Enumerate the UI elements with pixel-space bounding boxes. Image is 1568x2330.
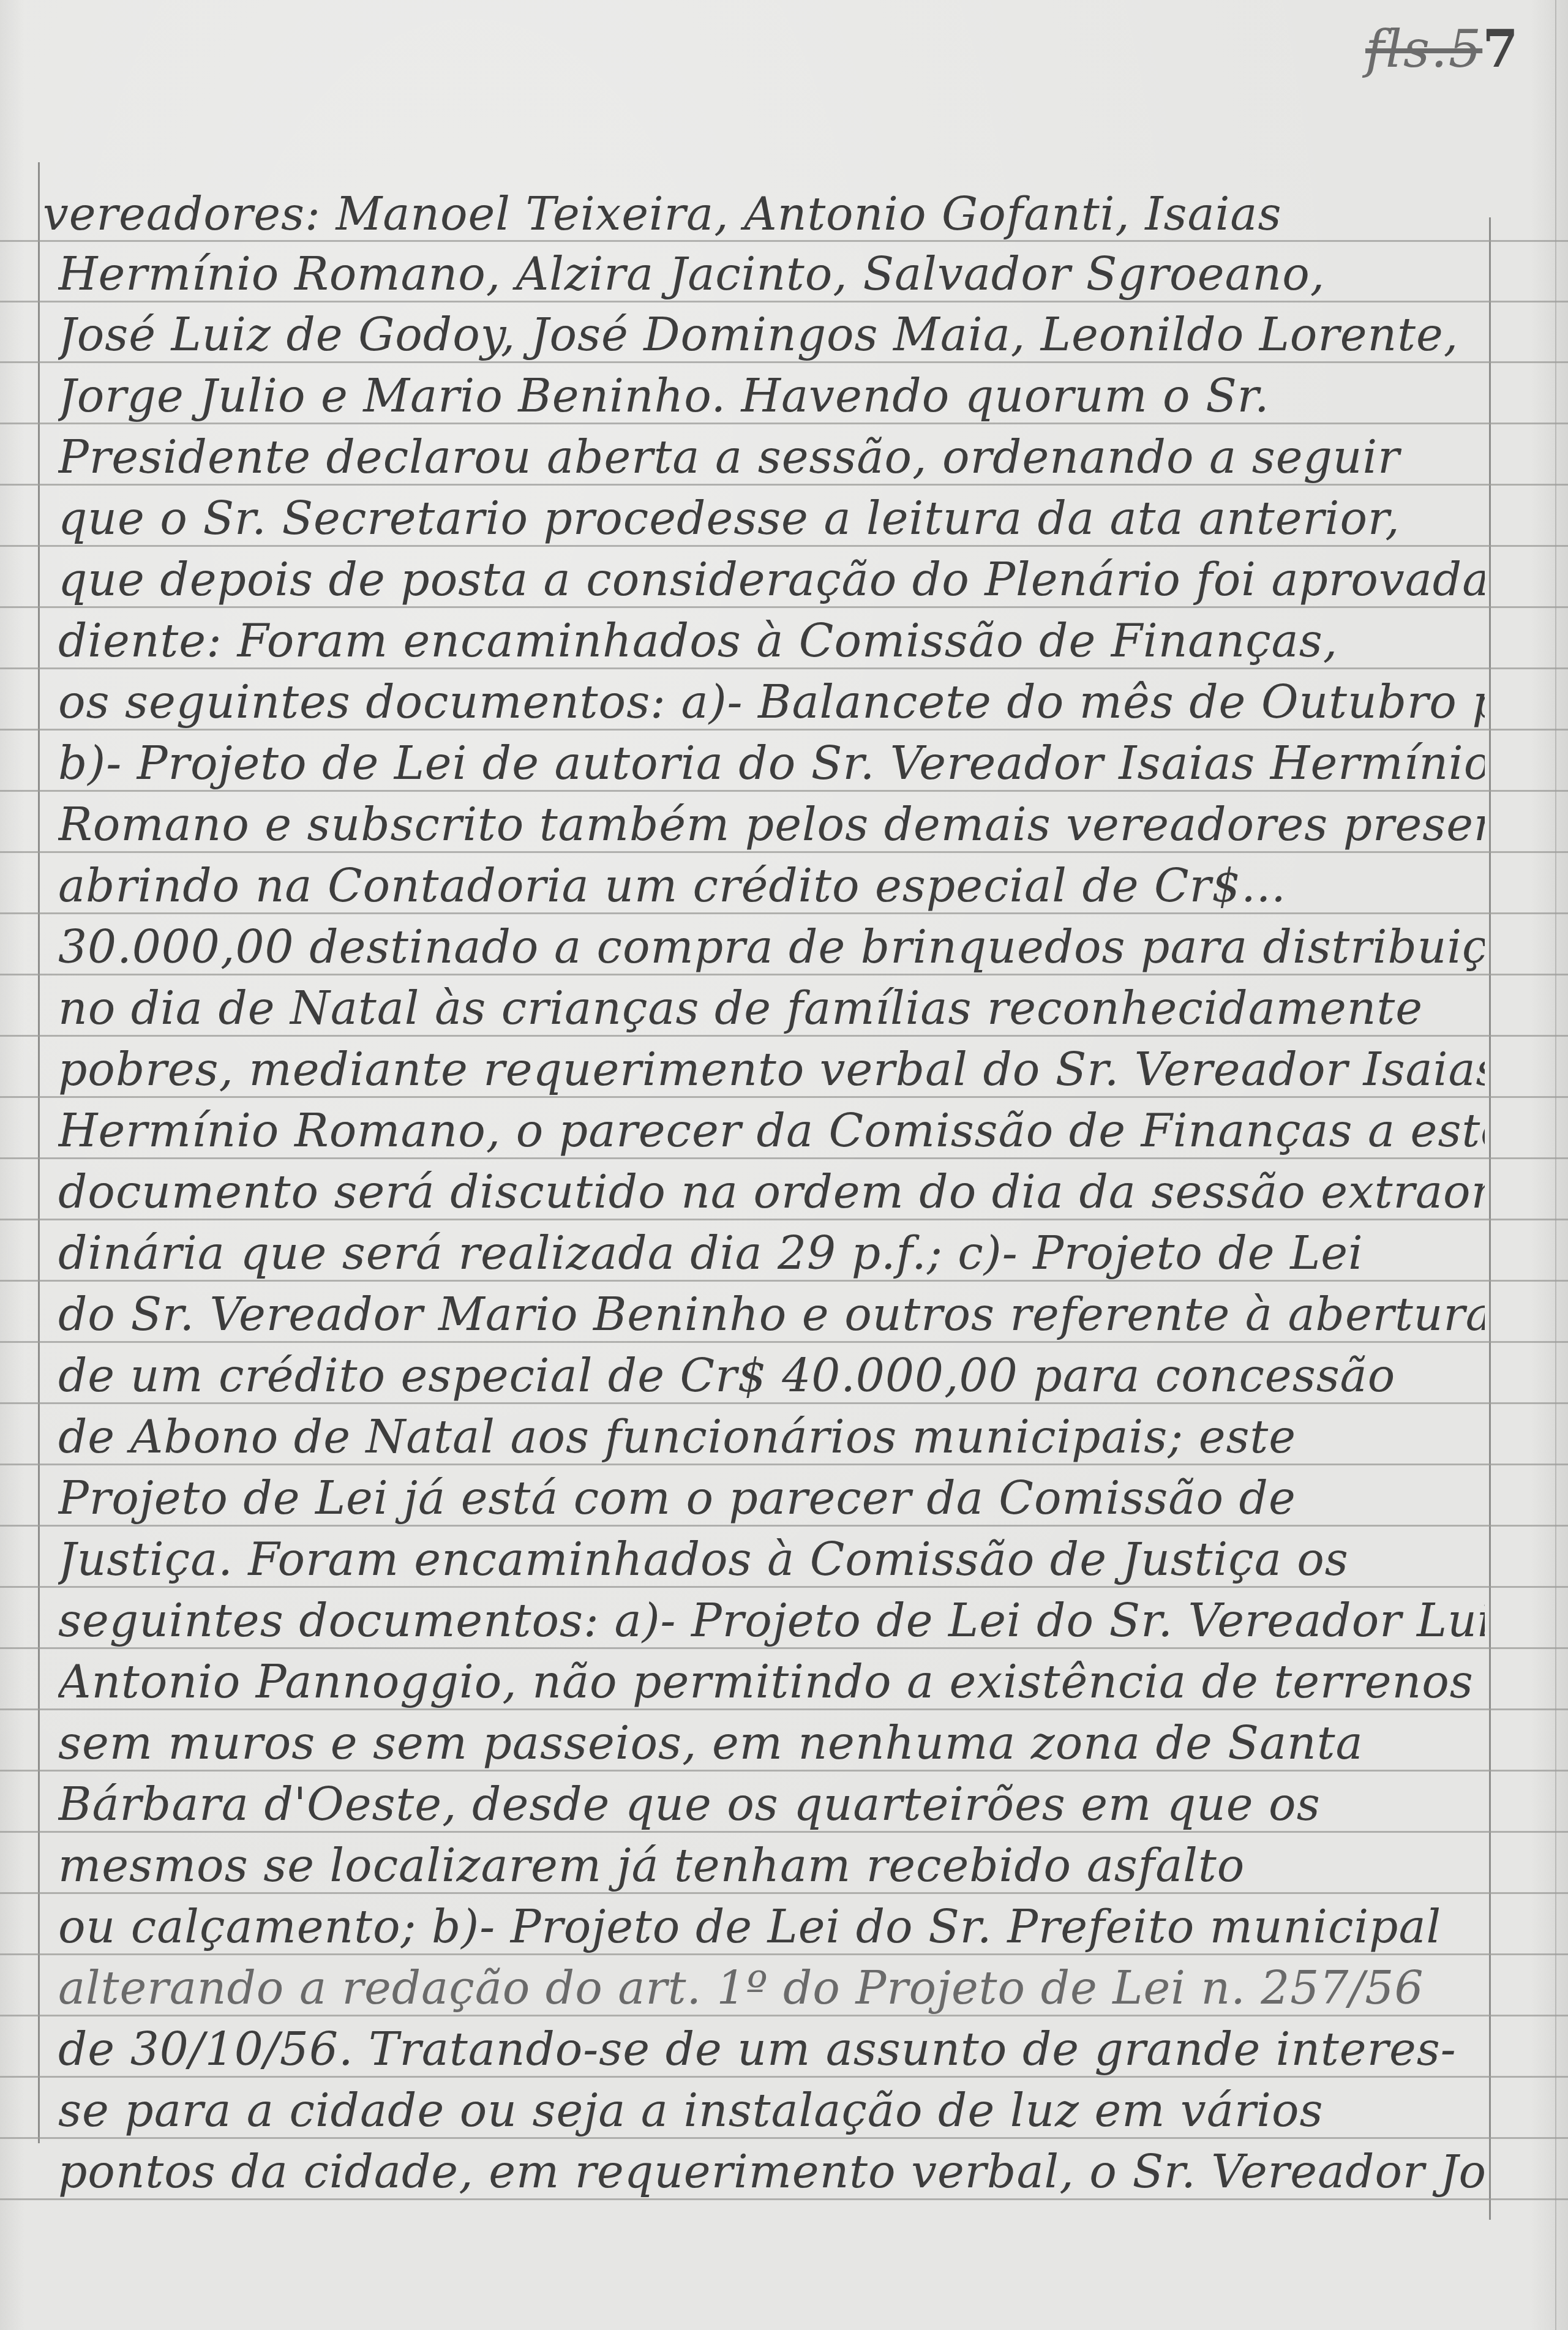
text-line: pontos da cidade, em requerimento verbal… [58, 2144, 1485, 2200]
text-line: de um crédito especial de Cr$ 40.000,00 … [58, 1348, 1485, 1404]
text-line: que depois de posta a consideração do Pl… [58, 552, 1485, 607]
text-line: vereadores: Manoel Teixeira, Antonio Gof… [43, 187, 1469, 242]
text-line: os seguintes documentos: a)- Balancete d… [58, 675, 1485, 730]
page-number-digit: 7 [1482, 18, 1519, 79]
document-page: fls.57 vereadores: Manoel Teixeira, Anto… [0, 0, 1568, 2330]
text-line: alterando a redação do art. 1º do Projet… [58, 1961, 1485, 2016]
text-line: José Luiz de Godoy, José Domingos Maia, … [58, 307, 1485, 363]
text-line: Hermínio Romano, Alzira Jacinto, Salvado… [58, 247, 1485, 302]
text-line: b)- Projeto de Lei de autoria do Sr. Ver… [58, 736, 1485, 791]
text-line: dinária que será realizada dia 29 p.f.; … [58, 1226, 1485, 1281]
text-line: abrindo na Contadoria um crédito especia… [58, 859, 1485, 914]
text-line: Bárbara d'Oeste, desde que os quarteirõe… [58, 1777, 1485, 1832]
text-line: Jorge Julio e Mario Beninho. Havendo quo… [58, 369, 1485, 424]
text-line: se para a cidade ou seja a instalação de… [58, 2083, 1485, 2138]
text-line: do Sr. Vereador Mario Beninho e outros r… [58, 1287, 1485, 1342]
text-line: Romano e subscrito também pelos demais v… [58, 797, 1485, 852]
text-line: documento será discutido na ordem do dia… [58, 1165, 1485, 1220]
text-line: no dia de Natal às crianças de famílias … [58, 981, 1485, 1036]
page-number-mark: fls.57 [1365, 18, 1520, 79]
text-line: diente: Foram encaminhados à Comissão de… [58, 614, 1485, 669]
text-line: 30.000,00 destinado a compra de brinqued… [58, 920, 1485, 975]
left-margin-line [38, 162, 40, 2143]
text-line: ou calçamento; b)- Projeto de Lei do Sr.… [58, 1900, 1485, 1955]
text-line: de 30/10/56. Tratando-se de um assunto d… [58, 2022, 1485, 2077]
page-edge [1555, 0, 1556, 2330]
page-number-scribble: fls.5 [1365, 19, 1482, 79]
text-line: que o Sr. Secretario procedesse a leitur… [58, 491, 1485, 546]
text-line: Projeto de Lei já está com o parecer da … [58, 1471, 1485, 1526]
text-line: Antonio Pannoggio, não permitindo a exis… [58, 1655, 1485, 1710]
text-line: sem muros e sem passeios, em nenhuma zon… [58, 1716, 1485, 1771]
text-line: Justiça. Foram encaminhados à Comissão d… [58, 1532, 1485, 1587]
text-line: Hermínio Romano, o parecer da Comissão d… [58, 1103, 1485, 1159]
text-line: de Abono de Natal aos funcionários munic… [58, 1410, 1485, 1465]
text-line: Presidente declarou aberta a sessão, ord… [58, 430, 1485, 485]
text-line: mesmos se localizarem já tenham recebido… [58, 1838, 1485, 1893]
text-line: seguintes documentos: a)- Projeto de Lei… [58, 1593, 1485, 1648]
text-line: pobres, mediante requerimento verbal do … [58, 1042, 1485, 1097]
